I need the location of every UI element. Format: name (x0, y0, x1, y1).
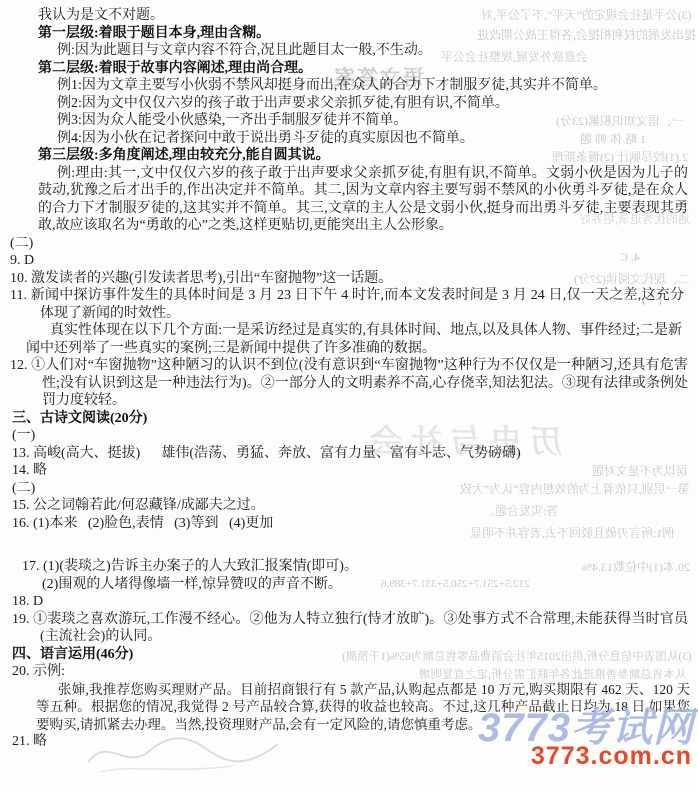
answer-line: 10. 激发读者的兴趣(引发读者思考),引出“车窗抛物”这一话题。 (10, 270, 698, 288)
answer-line: 例1:因为文章主要写小伙弱不禁风却挺身而出,在众人的合力下才制服歹徒,其实并不简… (57, 77, 698, 95)
answer-line: 15. 公之词翰若此/何忍藏锋/成鄙夫之过。 (12, 497, 698, 515)
answer-line: 16. (1)本来 (2)脸色,表情 (3)等到 (4)更加 (12, 515, 698, 533)
section-heading: 三、古诗文阅读(20分) (12, 410, 698, 428)
answer-paragraph: 例:理由:其一,文中仅仅六岁的孩子敢于出声要求父亲抓歹徒,有胆有识,不简单。文弱… (38, 165, 688, 235)
scanned-answer-sheet: (3)公平是社会规定的“天平”,不了公平,对 提出发展的权利相提会,各得王战公期… (0, 0, 698, 790)
subsection-label: (二) (10, 235, 698, 253)
answer-line: 20. 示例: (12, 663, 698, 681)
answer-paragraph: 19. ①裴琰之喜欢游玩,工作漫不经心。②他为人特立独行(恃才放旷)。③处事方式… (12, 611, 688, 646)
answer-line: 我认为是文不对题。 (38, 7, 698, 25)
answer-level-heading: 第一层级:着眼于题目本身,理由含糊。 (38, 25, 698, 43)
answer-line: 14. 略 (12, 462, 698, 480)
answer-line: 9. D (10, 252, 698, 270)
answer-line: 例3:因为众人能受小伙感染,一齐出手制服歹徒并不简单。 (57, 112, 698, 130)
answer-line: (2)围观的人堵得像墙一样,惊异赞叹的声音不断。 (42, 576, 698, 594)
answer-line: 例2:因为文中仅仅六岁的孩子敢于出声要求父亲抓歹徒,有胆有识,不简单。 (57, 95, 698, 113)
answer-paragraph: 真实性体现在以下几个方面:一是采访经过是真实的,有具体时间、地点,以及具体人物、… (26, 322, 682, 357)
subsection-label: (一) (12, 427, 698, 445)
answer-line: 17. (1)(裴琰之)告诉主办案子的人大致汇报案情(即可)。 (22, 558, 698, 576)
answer-line: 例4:因为小伙在记者探问中敢于说出勇斗歹徒的真实原因也不简单。 (57, 130, 698, 148)
answer-paragraph: 12. ①人们对“车窗抛物”这种陋习的认识不到位(没有意识到“车窗抛物”这种行为… (10, 357, 688, 410)
watermark-site-url: 3773.com.cn (531, 742, 692, 771)
subsection-label: (二) (12, 480, 698, 498)
answer-level-heading: 第二层级:着眼于故事内容阐述,理由尚合理。 (38, 60, 698, 78)
answer-level-heading: 第三层级:多角度阐述,理由较充分,能自圆其说。 (38, 147, 698, 165)
answer-paragraph: 11. 新闻中探访事件发生的具体时间是 3 月 23 日下午 4 时许,而本文发… (10, 287, 684, 322)
section-heading: 四、语言运用(46分) (12, 646, 698, 664)
answer-line: 例:因为此题目与文章内容不符合,况且此题目太一般,不生动。 (57, 42, 698, 60)
answer-line: 18. D (12, 593, 698, 611)
answer-line: 13. 高峻(高大、挺拔) 雄伟(浩荡、勇猛、奔放、富有力量、富有斗志、气势磅礴… (12, 445, 698, 463)
